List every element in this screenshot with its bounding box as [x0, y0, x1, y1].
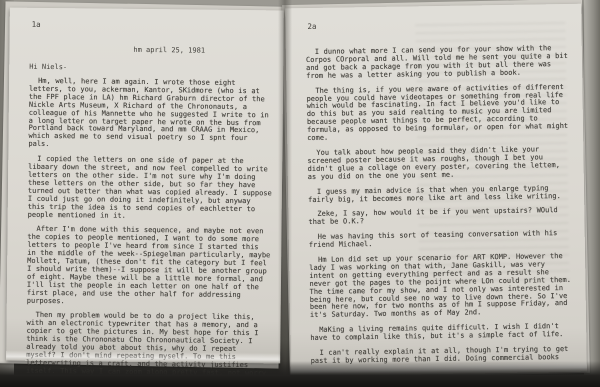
- letter-page-2: 2a I dunno what more I can send you for …: [285, 4, 587, 377]
- photo-of-open-letter-book: 1a hm april 25, 1981 Hi Niels- Hm, well,…: [0, 0, 600, 387]
- page-number-label: 2a: [307, 18, 567, 31]
- letter-paragraph: You talk about how people said they didn…: [307, 146, 569, 182]
- letter-paragraph: He was having this sort of teasing conve…: [309, 230, 571, 250]
- letter-paragraph: I dunno what more I can send you for you…: [306, 45, 568, 81]
- letter-paragraph: Hm, well, here I am again. I wrote those…: [28, 78, 273, 152]
- letter-paragraph: After I'm done with this sequence, and m…: [27, 226, 272, 308]
- letter-paragraph: I guess my main advice is that when you …: [308, 184, 570, 204]
- letter-paragraph: The thing is, if you were aware of activ…: [306, 84, 569, 143]
- book-gutter-shadow: [278, 0, 292, 376]
- greeting-line: Hi Niels-: [29, 63, 273, 74]
- bottom-shadow: [0, 361, 600, 387]
- letter-page-1: 1a hm april 25, 1981 Hi Niels- Hm, well,…: [6, 8, 284, 364]
- letter-paragraph: I copied the letters on one side of pape…: [28, 156, 273, 222]
- date-line: hm april 25, 1981: [133, 46, 273, 55]
- letter-paragraph: Zeke, I say, how would it be if you went…: [308, 207, 570, 227]
- letter-paragraph: MaKing a living remains quite difficult.…: [310, 323, 572, 343]
- letter-paragraph: Hm Lon did set up your scenario for ART …: [309, 253, 572, 320]
- page-number-label: 1a: [32, 20, 274, 32]
